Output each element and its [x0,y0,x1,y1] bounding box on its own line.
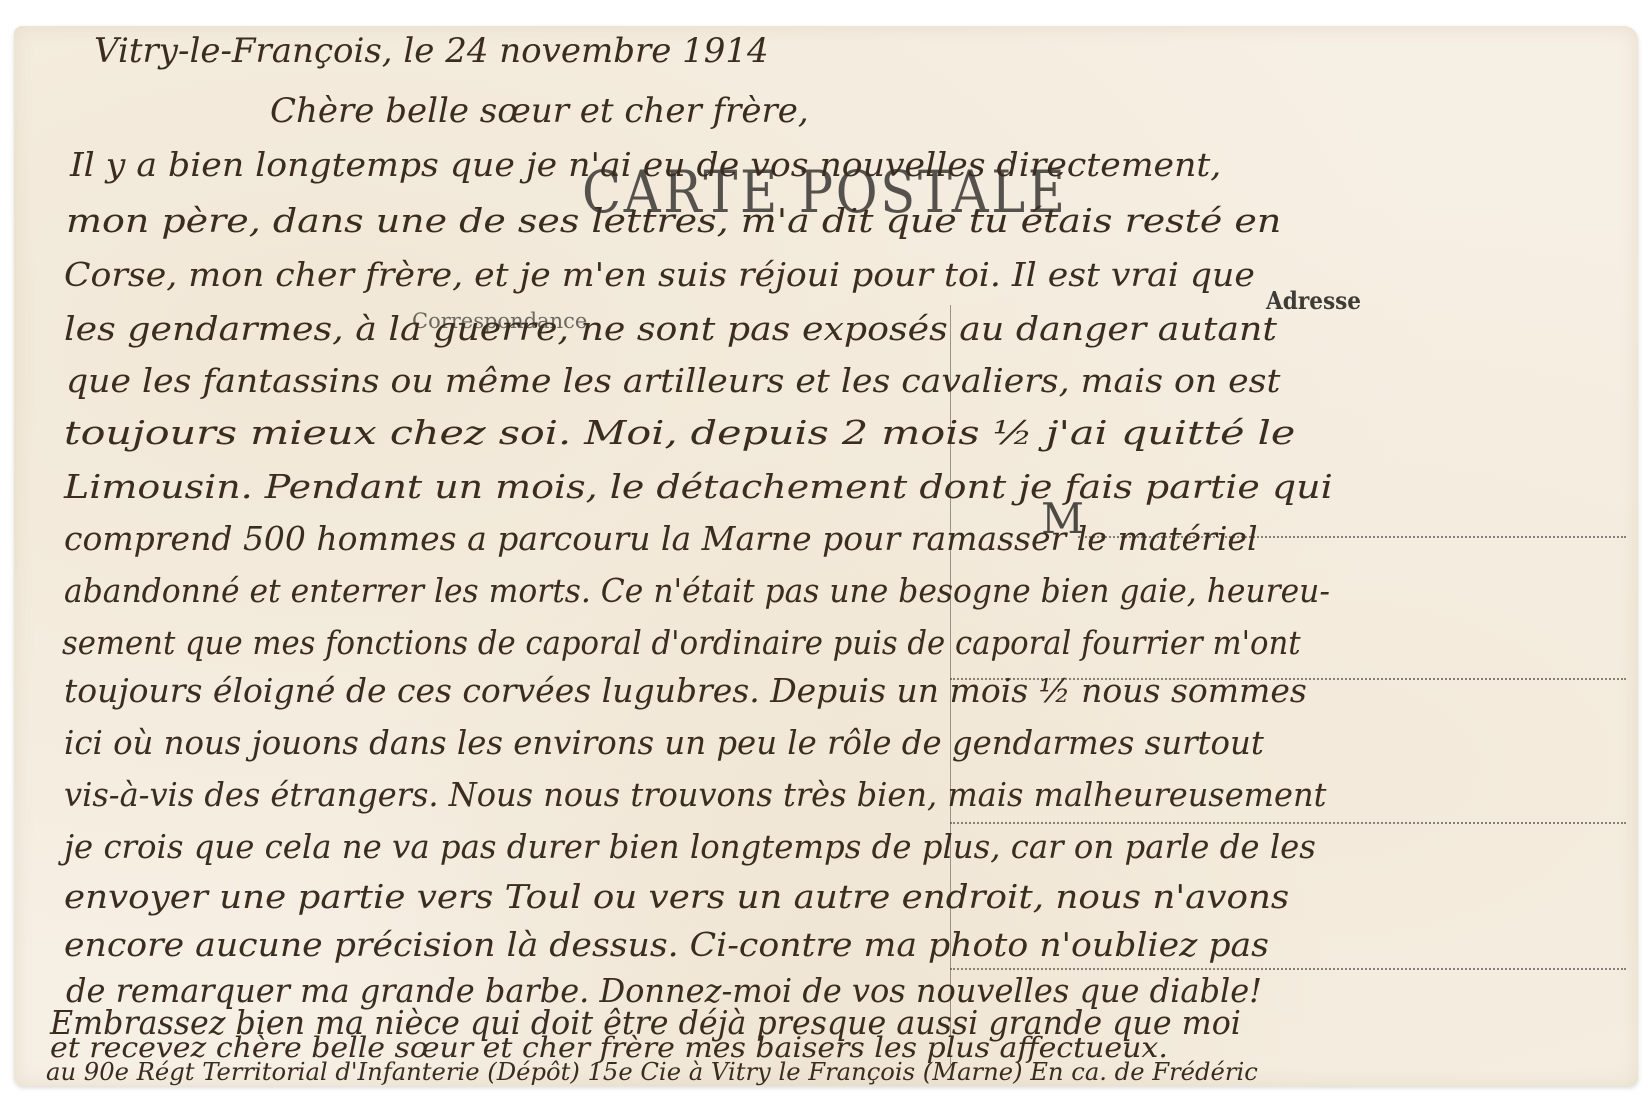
letter-line: Chère belle sœur et cher frère, [270,94,809,128]
letter-line: Il y a bien longtemps que je n'ai eu de … [70,148,1221,181]
letter-line: les gendarmes, à la guerre, ne sont pas … [64,312,1277,345]
letter-line: Vitry-le-François, le 24 novembre 1914 [94,34,769,68]
letter-line: Limousin. Pendant un mois, le détachemen… [64,470,1333,503]
letter-line: mon père, dans une de ses lettres, m'a d… [66,204,1281,237]
letter-line: toujours mieux chez soi. Moi, depuis 2 m… [64,416,1295,449]
letter-line: encore aucune précision là dessus. Ci-co… [64,928,1269,961]
handwritten-letter: Vitry-le-François, le 24 novembre 1914 C… [0,0,1652,1099]
letter-line: envoyer une partie vers Toul ou vers un … [64,880,1289,913]
letter-line: vis-à-vis des étrangers. Nous nous trouv… [64,778,1326,811]
letter-line: que les fantassins ou même les artilleur… [66,364,1280,397]
letter-line: toujours éloigné de ces corvées lugubres… [64,674,1307,707]
letter-line: abandonné et enterrer les morts. Ce n'ét… [64,574,1330,607]
letter-line: au 90e Régt Territorial d'Infanterie (Dé… [46,1060,1258,1084]
letter-line: je crois que cela ne va pas durer bien l… [64,830,1316,863]
letter-line: Corse, mon cher frère, et je m'en suis r… [64,258,1255,291]
letter-line: ici où nous jouons dans les environs un … [64,726,1264,759]
letter-line: comprend 500 hommes a parcouru la Marne … [64,522,1258,555]
letter-line: sement que mes fonctions de caporal d'or… [62,626,1301,659]
